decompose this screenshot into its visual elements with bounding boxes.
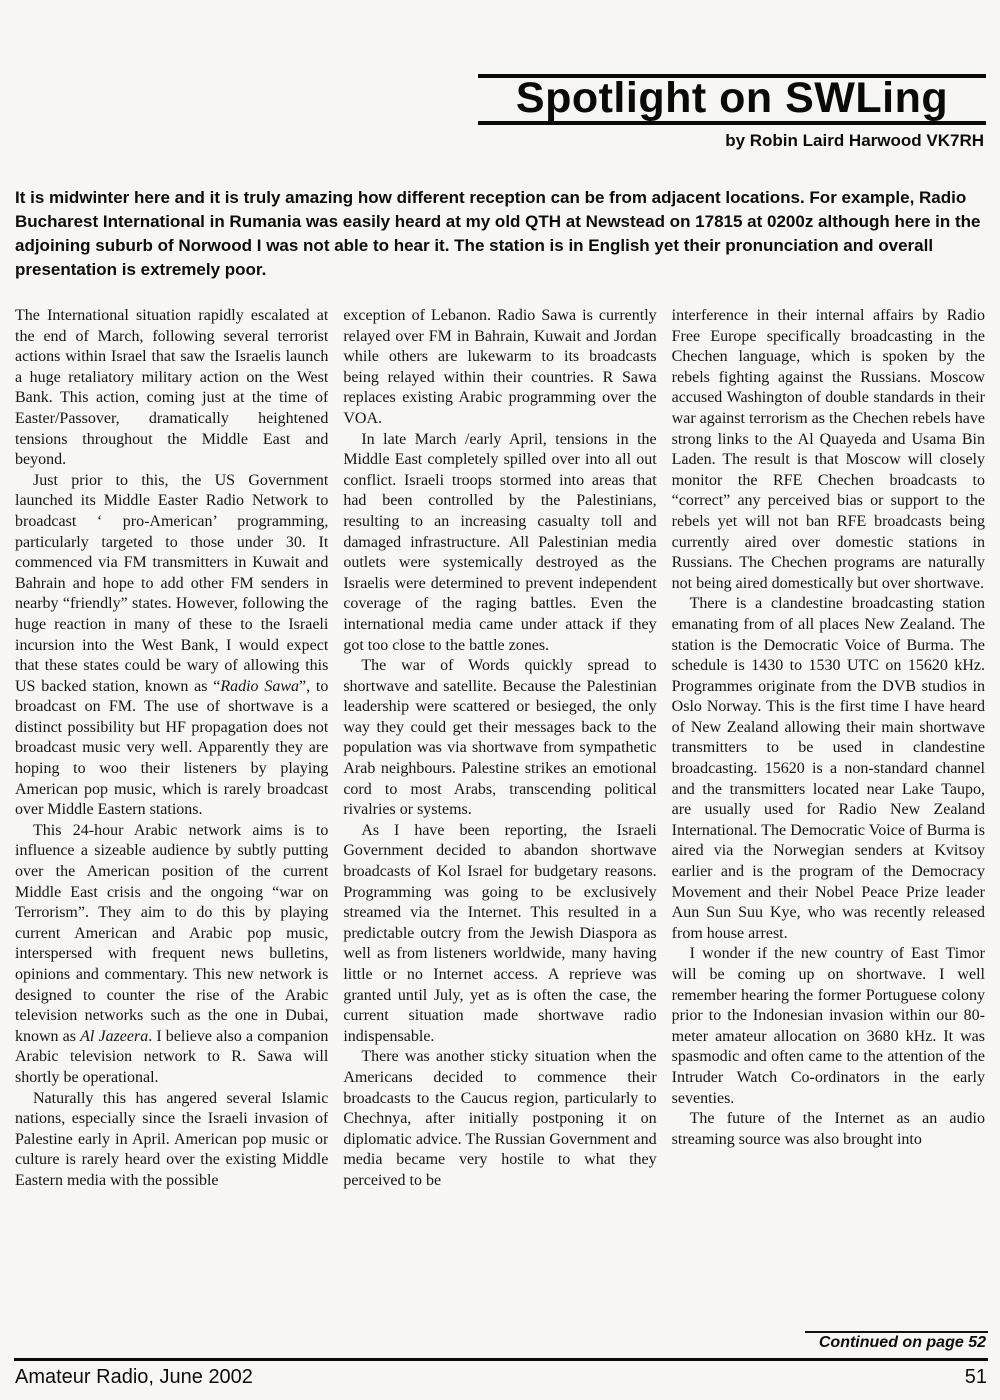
body-paragraph: There is a clandestine broadcasting stat…: [672, 594, 985, 944]
byline: by Robin Laird Harwood VK7RH: [725, 131, 984, 151]
body-paragraph: The war of Words quickly spread to short…: [343, 656, 656, 821]
body-paragraph: The future of the Internet as an audio s…: [672, 1109, 985, 1150]
body-paragraph: Naturally this has angered several Islam…: [15, 1089, 328, 1192]
footer-page-number: 51: [965, 1366, 987, 1389]
article-title-block: Spotlight on SWLing: [478, 74, 986, 125]
page-title: Spotlight on SWLing: [486, 78, 978, 118]
body-column-1: The International situation rapidly esca…: [15, 306, 328, 1352]
page-footer: Amateur Radio, June 2002 51: [15, 1366, 987, 1389]
body-paragraph: This 24-hour Arabic network aims is to i…: [15, 821, 328, 1089]
body-paragraph: Just prior to this, the US Government la…: [15, 471, 328, 821]
intro-paragraph: It is midwinter here and it is truly ama…: [15, 186, 983, 282]
footer-publication: Amateur Radio, June 2002: [15, 1366, 253, 1389]
body-paragraph: In late March /early April, tensions in …: [343, 430, 656, 657]
body-paragraph: interference in their internal affairs b…: [672, 306, 985, 594]
body-column-3: interference in their internal affairs b…: [672, 306, 985, 1352]
body-column-2: exception of Lebanon. Radio Sawa is curr…: [343, 306, 656, 1352]
body-paragraph: There was another sticky situation when …: [343, 1047, 656, 1191]
article-body: The International situation rapidly esca…: [15, 306, 985, 1352]
magazine-page: Spotlight on SWLing by Robin Laird Harwo…: [0, 0, 1000, 1400]
body-paragraph: The International situation rapidly esca…: [15, 306, 328, 471]
continued-note: Continued on page 52: [805, 1331, 988, 1352]
body-paragraph: I wonder if the new country of East Timo…: [672, 944, 985, 1109]
body-paragraph: As I have been reporting, the Israeli Go…: [343, 821, 656, 1048]
footer-rule: [14, 1358, 988, 1361]
body-paragraph: exception of Lebanon. Radio Sawa is curr…: [343, 306, 656, 430]
